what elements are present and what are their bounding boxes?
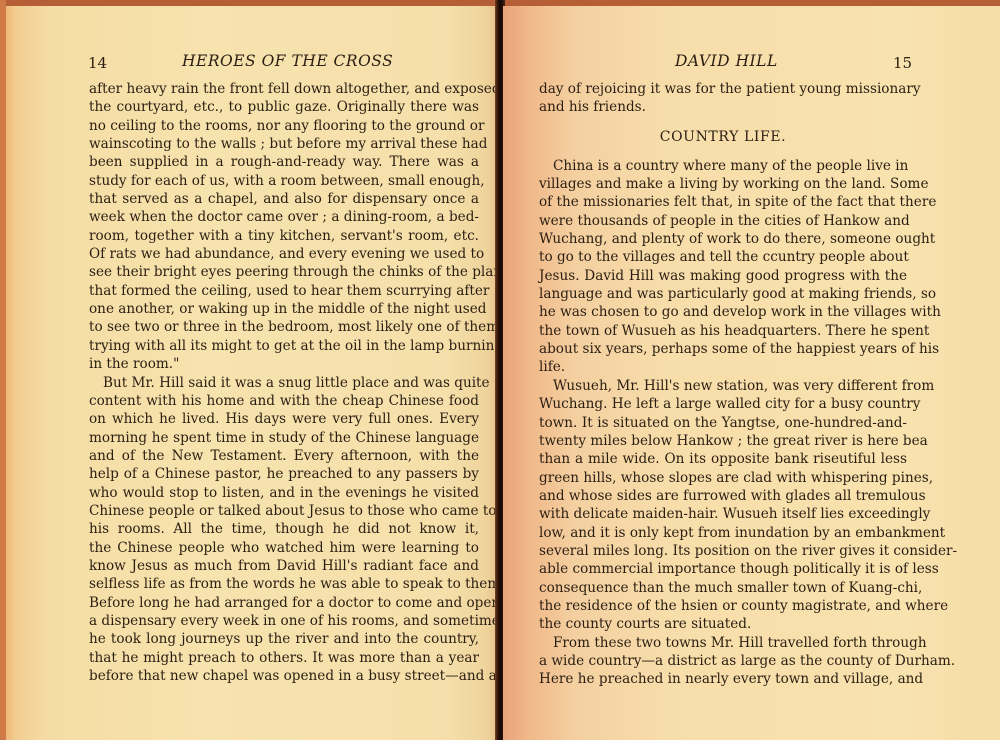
text-line: one another, or waking up in the middle … xyxy=(89,300,479,318)
right-page-number: 15 xyxy=(893,54,912,72)
text-line: Of rats we had abundance, and every even… xyxy=(89,245,479,263)
text-line: a dispensary every week in one of his ro… xyxy=(89,612,479,630)
text-line: the courtyard, etc., to public gaze. Ori… xyxy=(89,98,479,116)
right-page: DAVID HILL 15 day of rejoicing it was fo… xyxy=(503,6,1000,740)
text-line: twenty miles below Hankow ; the great ri… xyxy=(539,432,907,450)
paragraph-start-line: From these two towns Mr. Hill travelled … xyxy=(539,634,907,652)
text-line: with delicate maiden-hair. Wusueh itself… xyxy=(539,505,907,523)
left-page-number: 14 xyxy=(88,54,107,72)
text-line: Wuchang, and plenty of work to do there,… xyxy=(539,230,907,248)
text-line: day of rejoicing it was for the patient … xyxy=(539,80,907,98)
text-line: help of a Chinese pastor, he preached to… xyxy=(89,465,479,483)
text-line: see their bright eyes peering through th… xyxy=(89,263,479,281)
text-line: low, and it is only kept from inundation… xyxy=(539,524,907,542)
text-line: morning he spent time in study of the Ch… xyxy=(89,429,479,447)
text-line: of the missionaries felt that, in spite … xyxy=(539,193,907,211)
text-line: green hills, whose slopes are clad with … xyxy=(539,469,907,487)
text-line: that served as a chapel, and also for di… xyxy=(89,190,479,208)
text-line: that he might preach to others. It was m… xyxy=(89,649,479,667)
text-line: and of the New Testament. Every afternoo… xyxy=(89,447,479,465)
text-line: villages and make a living by working on… xyxy=(539,175,907,193)
text-line: than a mile wide. On its opposite bank r… xyxy=(539,450,907,468)
text-line: who would stop to listen, and in the eve… xyxy=(89,484,479,502)
text-line: on which he lived. His days were very fu… xyxy=(89,410,479,428)
book-left-edge xyxy=(0,0,6,740)
text-line: several miles long. Its position on the … xyxy=(539,542,907,560)
left-page-body: after heavy rain the front fell down alt… xyxy=(89,80,479,685)
text-line: after heavy rain the front fell down alt… xyxy=(89,80,479,98)
text-line: wainscoting to the walls ; but before my… xyxy=(89,135,479,153)
left-page: 14 HEROES OF THE CROSS after heavy rain … xyxy=(6,6,498,740)
text-line: a wide country—a district as large as th… xyxy=(539,652,907,670)
text-line: week when the doctor came over ; a dinin… xyxy=(89,208,479,226)
text-line: to go to the villages and tell the ccunt… xyxy=(539,248,907,266)
text-line: that formed the ceiling, used to hear th… xyxy=(89,282,479,300)
text-line: life. xyxy=(539,358,907,376)
text-line: study for each of us, with a room betwee… xyxy=(89,172,479,190)
text-line: his rooms. All the time, though he did n… xyxy=(89,520,479,538)
text-line: in the room." xyxy=(89,355,479,373)
paragraph-start-line: Wusueh, Mr. Hill's new station, was very… xyxy=(539,377,907,395)
text-line: Chinese people or talked about Jesus to … xyxy=(89,502,479,520)
text-line: know Jesus as much from David Hill's rad… xyxy=(89,557,479,575)
text-line: selfless life as from the words he was a… xyxy=(89,575,479,593)
text-line: Here he preached in nearly every town an… xyxy=(539,670,907,688)
text-line: and whose sides are furrowed with glades… xyxy=(539,487,907,505)
text-line: were thousands of people in the cities o… xyxy=(539,212,907,230)
section-heading: COUNTRY LIFE. xyxy=(539,117,907,157)
text-line: he was chosen to go and develop work in … xyxy=(539,303,907,321)
text-line: Jesus. David Hill was making good progre… xyxy=(539,267,907,285)
text-line: the county courts are situated. xyxy=(539,615,907,633)
left-running-head: HEROES OF THE CROSS xyxy=(182,52,393,70)
text-line: able commercial importance though politi… xyxy=(539,560,907,578)
text-line: before that new chapel was opened in a b… xyxy=(89,667,479,685)
text-line: trying with all its might to get at the … xyxy=(89,337,479,355)
text-line: Wuchang. He left a large walled city for… xyxy=(539,395,907,413)
text-line: town. It is situated on the Yangtse, one… xyxy=(539,414,907,432)
paragraph-start-line: But Mr. Hill said it was a snug little p… xyxy=(89,374,479,392)
right-running-head: DAVID HILL xyxy=(675,52,778,70)
text-line: been supplied in a rough-and-ready way. … xyxy=(89,153,479,171)
text-line: and his friends. xyxy=(539,98,907,116)
text-line: the residence of the hsien or county mag… xyxy=(539,597,907,615)
text-line: consequence than the much smaller town o… xyxy=(539,579,907,597)
right-page-body: day of rejoicing it was for the patient … xyxy=(539,80,907,689)
text-line: about six years, perhaps some of the hap… xyxy=(539,340,907,358)
open-book-spread: 14 HEROES OF THE CROSS after heavy rain … xyxy=(0,0,1000,740)
text-line: language and was particularly good at ma… xyxy=(539,285,907,303)
text-line: Before long he had arranged for a doctor… xyxy=(89,594,479,612)
text-line: content with his home and with the cheap… xyxy=(89,392,479,410)
text-line: the town of Wusueh as his headquarters. … xyxy=(539,322,907,340)
paragraph-start-line: China is a country where many of the peo… xyxy=(539,157,907,175)
text-line: to see two or three in the bedroom, most… xyxy=(89,318,479,336)
text-line: room, together with a tiny kitchen, serv… xyxy=(89,227,479,245)
text-line: the Chinese people who watched him were … xyxy=(89,539,479,557)
text-line: no ceiling to the rooms, nor any floorin… xyxy=(89,117,479,135)
text-line: he took long journeys up the river and i… xyxy=(89,630,479,648)
